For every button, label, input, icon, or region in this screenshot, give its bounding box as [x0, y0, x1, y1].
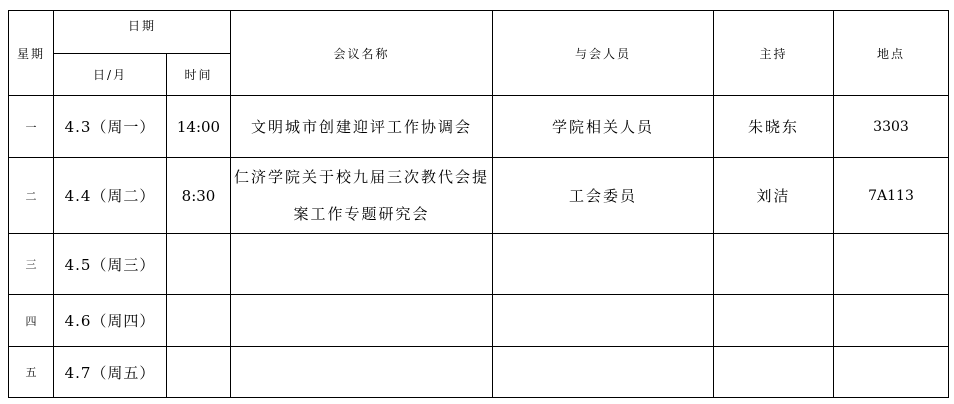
header-weekday: 星期 [9, 11, 54, 96]
time-cell: 8:30 [167, 158, 231, 234]
location-cell [834, 347, 949, 398]
header-date-group: 日期 [54, 11, 231, 54]
meeting-schedule-table: 星期 日期 会议名称 与会人员 主持 地点 日/月 时间 一 4.3（周一） 1… [8, 10, 949, 398]
host-cell: 朱晓东 [714, 96, 834, 158]
table-row: 四 4.6（周四） [9, 295, 949, 347]
meeting-name-cell: 仁济学院关于校九届三次教代会提案工作专题研究会 [231, 158, 493, 234]
weekday-cell: 一 [9, 96, 54, 158]
location-cell [834, 295, 949, 347]
attendees-cell [493, 234, 714, 295]
location-cell: 3303 [834, 96, 949, 158]
header-meeting-name: 会议名称 [231, 11, 493, 96]
weekday-cell: 三 [9, 234, 54, 295]
time-cell [167, 234, 231, 295]
date-cell: 4.6（周四） [54, 295, 167, 347]
table-row: 三 4.5（周三） [9, 234, 949, 295]
weekday-cell: 四 [9, 295, 54, 347]
location-cell: 7A113 [834, 158, 949, 234]
date-cell: 4.7（周五） [54, 347, 167, 398]
host-cell [714, 347, 834, 398]
location-cell [834, 234, 949, 295]
attendees-cell [493, 295, 714, 347]
time-cell [167, 347, 231, 398]
attendees-cell: 学院相关人员 [493, 96, 714, 158]
table-row: 二 4.4（周二） 8:30 仁济学院关于校九届三次教代会提案工作专题研究会 工… [9, 158, 949, 234]
host-cell [714, 234, 834, 295]
time-cell: 14:00 [167, 96, 231, 158]
date-cell: 4.3（周一） [54, 96, 167, 158]
table-row: 五 4.7（周五） [9, 347, 949, 398]
attendees-cell: 工会委员 [493, 158, 714, 234]
header-row-top: 星期 日期 会议名称 与会人员 主持 地点 [9, 11, 949, 54]
time-cell [167, 295, 231, 347]
header-host: 主持 [714, 11, 834, 96]
meeting-name-cell [231, 295, 493, 347]
header-day-month: 日/月 [54, 54, 167, 96]
host-cell: 刘洁 [714, 158, 834, 234]
meeting-name-cell: 文明城市创建迎评工作协调会 [231, 96, 493, 158]
header-attendees: 与会人员 [493, 11, 714, 96]
header-location: 地点 [834, 11, 949, 96]
weekday-cell: 二 [9, 158, 54, 234]
weekday-cell: 五 [9, 347, 54, 398]
table-row: 一 4.3（周一） 14:00 文明城市创建迎评工作协调会 学院相关人员 朱晓东… [9, 96, 949, 158]
date-cell: 4.5（周三） [54, 234, 167, 295]
meeting-name-cell [231, 347, 493, 398]
header-time: 时间 [167, 54, 231, 96]
attendees-cell [493, 347, 714, 398]
meeting-name-cell [231, 234, 493, 295]
host-cell [714, 295, 834, 347]
date-cell: 4.4（周二） [54, 158, 167, 234]
